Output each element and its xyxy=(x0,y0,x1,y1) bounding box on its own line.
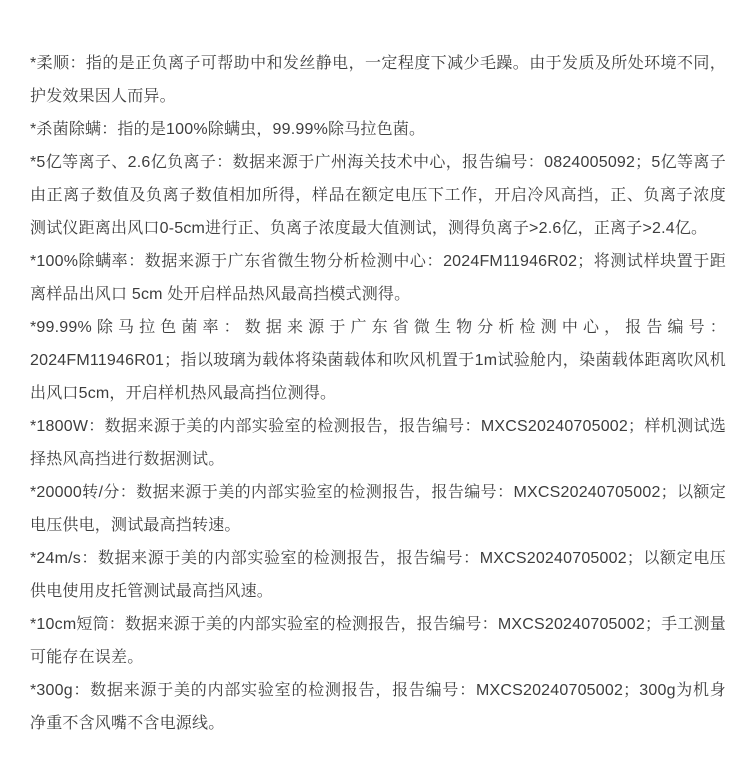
footnote-mite-removal-rate: *100%除螨率：数据来源于广东省微生物分析检测中心：2024FM11946R0… xyxy=(30,245,726,311)
footnote-20000rpm: *20000转/分：数据来源于美的内部实验室的检测报告，报告编号：MXCS202… xyxy=(30,476,726,542)
footnote-10cm-short-body: *10cm短筒：数据来源于美的内部实验室的检测报告，报告编号：MXCS20240… xyxy=(30,608,726,674)
footnote-sterilization-mite-removal: *杀菌除螨：指的是100%除螨虫，99.99%除马拉色菌。 xyxy=(30,113,726,146)
footnote-1800w: *1800W：数据来源于美的内部实验室的检测报告，报告编号：MXCS202407… xyxy=(30,410,726,476)
footnote-24ms-wind-speed: *24m/s：数据来源于美的内部实验室的检测报告，报告编号：MXCS202407… xyxy=(30,542,726,608)
footnote-plasma-negative-ions: *5亿等离子、2.6亿负离子：数据来源于广州海关技术中心，报告编号：082400… xyxy=(30,146,726,245)
footnote-softness: *柔顺：指的是正负离子可帮助中和发丝静电，一定程度下减少毛躁。由于发质及所处环境… xyxy=(30,47,726,113)
footnote-malassezia-removal-rate: *99.99%除马拉色菌率：数据来源于广东省微生物分析检测中心，报告编号：202… xyxy=(30,311,726,410)
product-footnotes-page: *柔顺：指的是正负离子可帮助中和发丝静电，一定程度下减少毛躁。由于发质及所处环境… xyxy=(0,0,750,782)
footnote-300g-weight: *300g：数据来源于美的内部实验室的检测报告，报告编号：MXCS2024070… xyxy=(30,674,726,740)
